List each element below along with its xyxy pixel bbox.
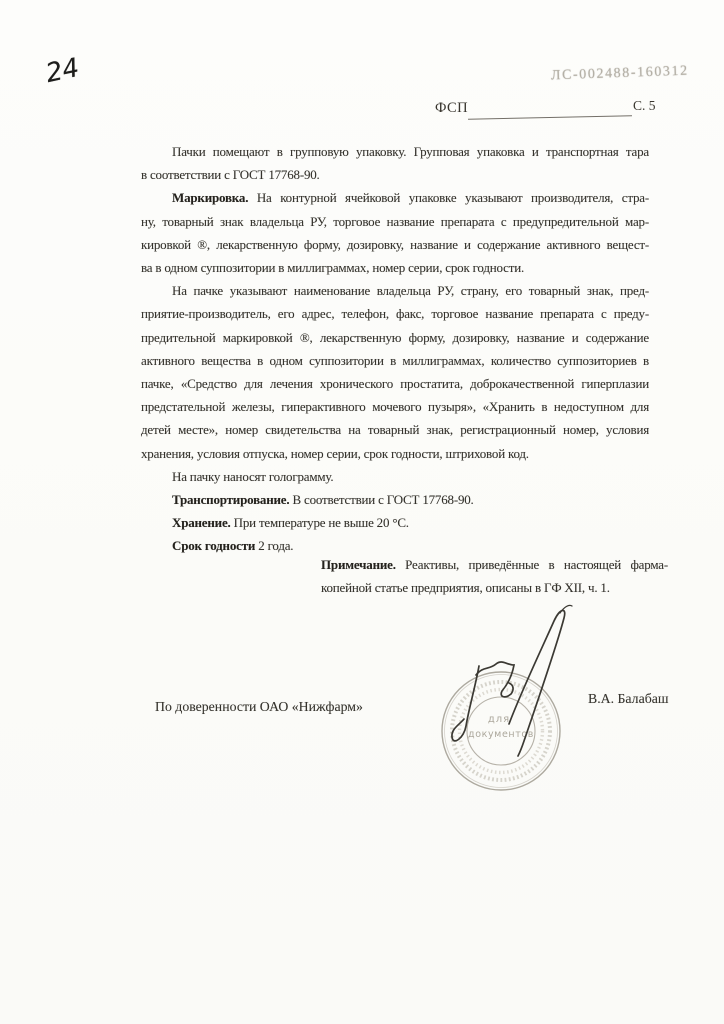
text-line: ва в одном суппозитории в миллиграммах, … <box>141 256 649 279</box>
text-line: На пачке указывают наименование владельц… <box>141 279 649 302</box>
text-line: в соответствии с ГОСТ 17768-90. <box>141 163 649 186</box>
fsp-blank-line <box>468 115 632 119</box>
fsp-label: ФСП <box>435 100 468 117</box>
text-line: пачке, «Средство для лечения хроническог… <box>141 372 649 395</box>
text-line: детей месте», номер свидетельства на тов… <box>141 418 649 441</box>
text-line: кировкой ®, лекарственную форму, дозиров… <box>141 233 649 256</box>
registration-number: ЛС-002488-160312 <box>551 64 691 85</box>
text-line: Транспортирование. В соответствии с ГОСТ… <box>141 488 649 511</box>
round-stamp-icon: для документов <box>442 672 560 790</box>
text-line: ну, товарный знак владельца РУ, торговое… <box>141 210 649 233</box>
text-line: предстательной железы, гиперактивного мо… <box>141 395 649 418</box>
text-line: Пачки помещают в групповую упаковку. Гру… <box>141 140 649 163</box>
text-line: Маркировка. На контурной ячейковой упако… <box>141 186 649 209</box>
text-line: хранения, условия отпуска, номер серии, … <box>141 442 649 465</box>
scanned-document-page: 24 ЛС-002488-160312 ФСП С. 5 Пачки помещ… <box>0 0 724 1024</box>
page-number: С. 5 <box>633 98 656 114</box>
text-line: приятие-производитель, его адрес, телефо… <box>141 302 649 325</box>
text-line: На пачку наносят голограмму. <box>141 465 649 488</box>
stamp-inner-text-1: для <box>488 714 510 725</box>
text-line: предительной маркировкой ®, лекарственну… <box>141 326 649 349</box>
attorney-line: По доверенности ОАО «Нижфарм» <box>155 699 363 715</box>
text-line: Хранение. При температуре не выше 20 °С. <box>141 511 649 534</box>
stamp-and-signature: для документов <box>415 578 665 833</box>
handwritten-page-number: 24 <box>43 53 82 89</box>
text-line: Примечание. Реактивы, приведённые в наст… <box>321 553 668 576</box>
document-body-text: Пачки помещают в групповую упаковку. Гру… <box>141 140 649 558</box>
text-line: активного вещества в одном суппозитории … <box>141 349 649 372</box>
